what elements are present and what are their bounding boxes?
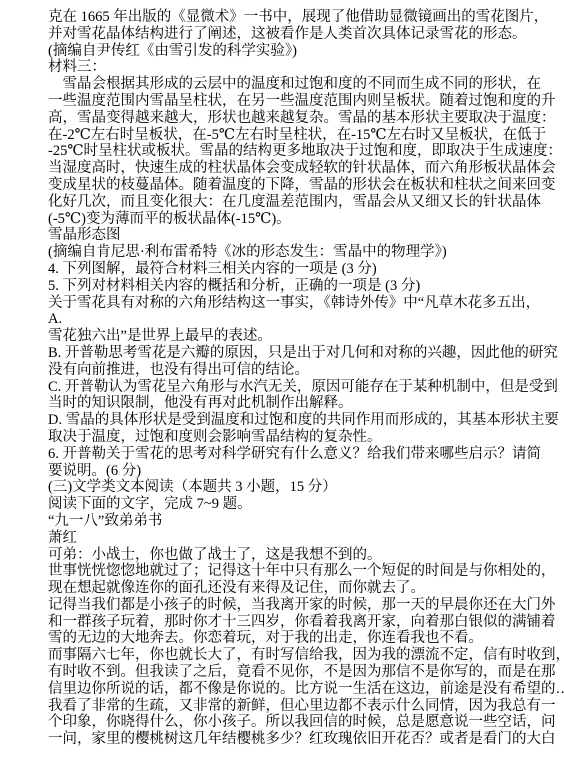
text-line: (摘编自尹传红《由雪引发的科学实验》) bbox=[48, 43, 548, 60]
text-line: 关于雪花具有对称的六角形结构这一事实，《韩诗外传》中“凡草木花多五出， bbox=[48, 295, 548, 312]
text-line: 当时的知识限制，他没有再对此机制作出解释。 bbox=[48, 395, 548, 412]
text-line: 雪晶会根据其形成的云层中的温度和过饱和度的不同而生成不同的形状，在 bbox=[48, 76, 548, 93]
text-line: 当湿度高时，快速生成的柱状晶体会变成轻软的针状晶体，而六角形板状晶体会 bbox=[48, 160, 548, 177]
text-line: 萧红 bbox=[48, 530, 548, 547]
text-line: A. bbox=[48, 311, 548, 328]
text-line: (三)文学类文本阅读（本题共 3 小题，15 分） bbox=[48, 479, 548, 496]
text-line: 而事隔六七年，你也就长大了，有时写信给我，因为我的漂流不定，信有时收到， bbox=[48, 647, 548, 664]
text-line: C. 开普勒认为雪花呈六角形与水汽无关，原因可能存在于某种机制中，但是受到 bbox=[48, 379, 548, 396]
text-line: 要说明。(6 分) bbox=[48, 463, 548, 480]
text-line: 化好几次，而且变化很大：在几度温差范围内，雪晶会从又细又长的针状晶体 bbox=[48, 194, 548, 211]
text-line: (-5℃)变为薄而平的板状晶体(-15℃)。 bbox=[48, 211, 548, 228]
text-line: 和一群孩子玩着，那时你才十三四岁，你看着我离开家，向着那白银似的满铺着 bbox=[48, 614, 548, 631]
text-line: 高，雪晶变得越来越大，形状也越来越复杂。雪晶的基本形状主要取决于温度： bbox=[48, 110, 548, 127]
text-line: 我看了非常的生疏，又非常的新鲜，但心里边都不表示什么同情，因为我总有一 bbox=[48, 698, 548, 715]
exam-paper-page: { "page": { "background_color": "#ffffff… bbox=[0, 0, 564, 762]
document-text: 克在 1665 年出版的《显微术》一书中，展现了他借助显微镜画出的雪花图片，并对… bbox=[48, 9, 548, 748]
text-line: 在-2℃左右时呈板状，在-5℃左右时呈柱状，在-15℃左右时又呈板状，在低于 bbox=[48, 127, 548, 144]
text-line: 4. 下列图解，最符合材料三相关内容的一项是 (3 分) bbox=[48, 261, 548, 278]
text-line: 克在 1665 年出版的《显微术》一书中，展现了他借助显微镜画出的雪花图片， bbox=[48, 9, 548, 26]
text-line: D. 雪晶的具体形状是受到温度和过饱和度的共同作用而形成的，其基本形状主要 bbox=[48, 412, 548, 429]
text-line: 有时收不到。但我读了之后，竟看不见你，不是因为那信不是你写的，而是在那 bbox=[48, 664, 548, 681]
text-line: 现在想起就像连你的面孔还没有来得及记住，而你就去了。 bbox=[48, 580, 548, 597]
text-line: 雪的无边的大地奔去。你恋着玩，对于我的出走，你连看我也不看。 bbox=[48, 630, 548, 647]
text-line: 一些温度范围内雪晶呈柱状，在另一些温度范围内则呈板状。随着过饱和度的升 bbox=[48, 93, 548, 110]
text-line: 雪花独六出”是世界上最早的表述。 bbox=[48, 328, 548, 345]
text-line: 信里边你所说的话，都不像是你说的。比方说一生活在这边，前途是没有希望的… bbox=[48, 681, 548, 698]
text-line: -25℃时呈柱状或板状。雪晶的结构更多地取决于过饱和度，即取决于生成速度： bbox=[48, 143, 548, 160]
text-line: B. 开普勒思考雪花是六瓣的原因，只是出于对几何和对称的兴趣，因此他的研究 bbox=[48, 345, 548, 362]
text-line: 6. 开普勒关于雪花的思考对科学研究有什么意义？给我们带来哪些启示？请简 bbox=[48, 446, 548, 463]
text-line: 材料三： bbox=[48, 59, 548, 76]
text-line: 雪晶形态图 bbox=[48, 227, 548, 244]
text-line: 取决于温度，过饱和度则会影响雪晶结构的复杂性。 bbox=[48, 429, 548, 446]
text-line: 变成星状的枝蔓晶体。随着温度的下降，雪晶的形状会在板状和柱状之间来回变 bbox=[48, 177, 548, 194]
text-line: 5. 下列对材料相关内容的概括和分析，正确的一项是 (3 分) bbox=[48, 278, 548, 295]
text-line: 记得当我们都是小孩子的时候，当我离开家的时候，那一天的早晨你还在大门外 bbox=[48, 597, 548, 614]
text-line: 并对雪花晶体结构进行了阐述，这被看作是人类首次具体记录雪花的形态。 bbox=[48, 26, 548, 43]
text-line: 一问，家里的樱桃树这几年结樱桃多少？红玫瑰依旧开花否？或者是看门的大白 bbox=[48, 731, 548, 748]
text-line: (摘编自肯尼思·利布雷希特《冰的形态发生：雪晶中的物理学》) bbox=[48, 244, 548, 261]
text-line: 没有向前推进，也没有得出可信的结论。 bbox=[48, 362, 548, 379]
text-line: 阅读下面的文字，完成 7~9 题。 bbox=[48, 496, 548, 513]
text-line: 个印象，你晓得什么，你小孩子。所以我回信的时候，总是愿意说一些空话，问 bbox=[48, 714, 548, 731]
text-line: “九一八”致弟弟书 bbox=[48, 513, 548, 530]
text-line: 可弟：小战士，你也做了战士了，这是我想不到的。 bbox=[48, 547, 548, 564]
text-line: 世事恍恍惚惚地就过了；记得这十年中只有那么一个短促的时间是与你相处的， bbox=[48, 563, 548, 580]
